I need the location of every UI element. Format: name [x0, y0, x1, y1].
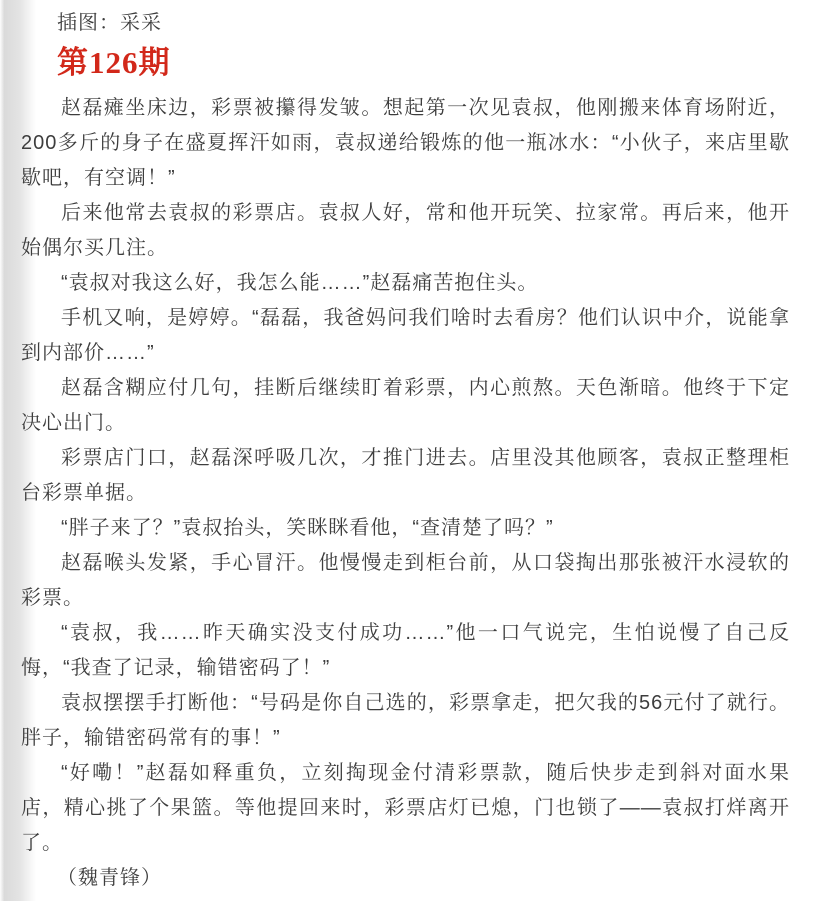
article-page: 插图：采采 第126期 赵磊瘫坐床边，彩票被攥得发皱。想起第一次见袁叔，他刚搬来…: [0, 0, 820, 901]
story-paragraph: 赵磊瘫坐床边，彩票被攥得发皱。想起第一次见袁叔，他刚搬来体育场附近，200多斤的…: [21, 91, 790, 196]
author-byline: （魏青锋）: [21, 861, 790, 896]
story-paragraph: “袁叔对我这么好，我怎么能……”赵磊痛苦抱住头。: [21, 266, 790, 301]
article-content: 插图：采采 第126期 赵磊瘫坐床边，彩票被攥得发皱。想起第一次见袁叔，他刚搬来…: [0, 0, 820, 896]
illustration-credit: 插图：采采: [21, 10, 790, 36]
story-paragraph: “好嘞！”赵磊如释重负，立刻掏现金付清彩票款，随后快步走到斜对面水果店，精心挑了…: [21, 756, 790, 861]
story-paragraph: 后来他常去袁叔的彩票店。袁叔人好，常和他开玩笑、拉家常。再后来，他开始偶尔买几注…: [21, 196, 790, 266]
story-paragraph: 彩票店门口，赵磊深呼吸几次，才推门进去。店里没其他顾客，袁叔正整理柜台彩票单据。: [21, 441, 790, 511]
story-paragraph: “胖子来了？”袁叔抬头，笑眯眯看他，“查清楚了吗？”: [21, 511, 790, 546]
story-paragraph: 赵磊含糊应付几句，挂断后继续盯着彩票，内心煎熬。天色渐暗。他终于下定决心出门。: [21, 371, 790, 441]
story-body: 赵磊瘫坐床边，彩票被攥得发皱。想起第一次见袁叔，他刚搬来体育场附近，200多斤的…: [21, 91, 790, 861]
story-paragraph: 赵磊喉头发紧，手心冒汗。他慢慢走到柜台前，从口袋掏出那张被汗水浸软的彩票。: [21, 546, 790, 616]
story-paragraph: 袁叔摆摆手打断他：“号码是你自己选的，彩票拿走，把欠我的56元付了就行。胖子，输…: [21, 686, 790, 756]
issue-title: 第126期: [57, 46, 790, 80]
story-paragraph: 手机又响，是婷婷。“磊磊，我爸妈问我们啥时去看房？他们认识中介，说能拿到内部价……: [21, 301, 790, 371]
story-paragraph: “袁叔，我……昨天确实没支付成功……”他一口气说完，生怕说慢了自己反悔，“我查了…: [21, 616, 790, 686]
